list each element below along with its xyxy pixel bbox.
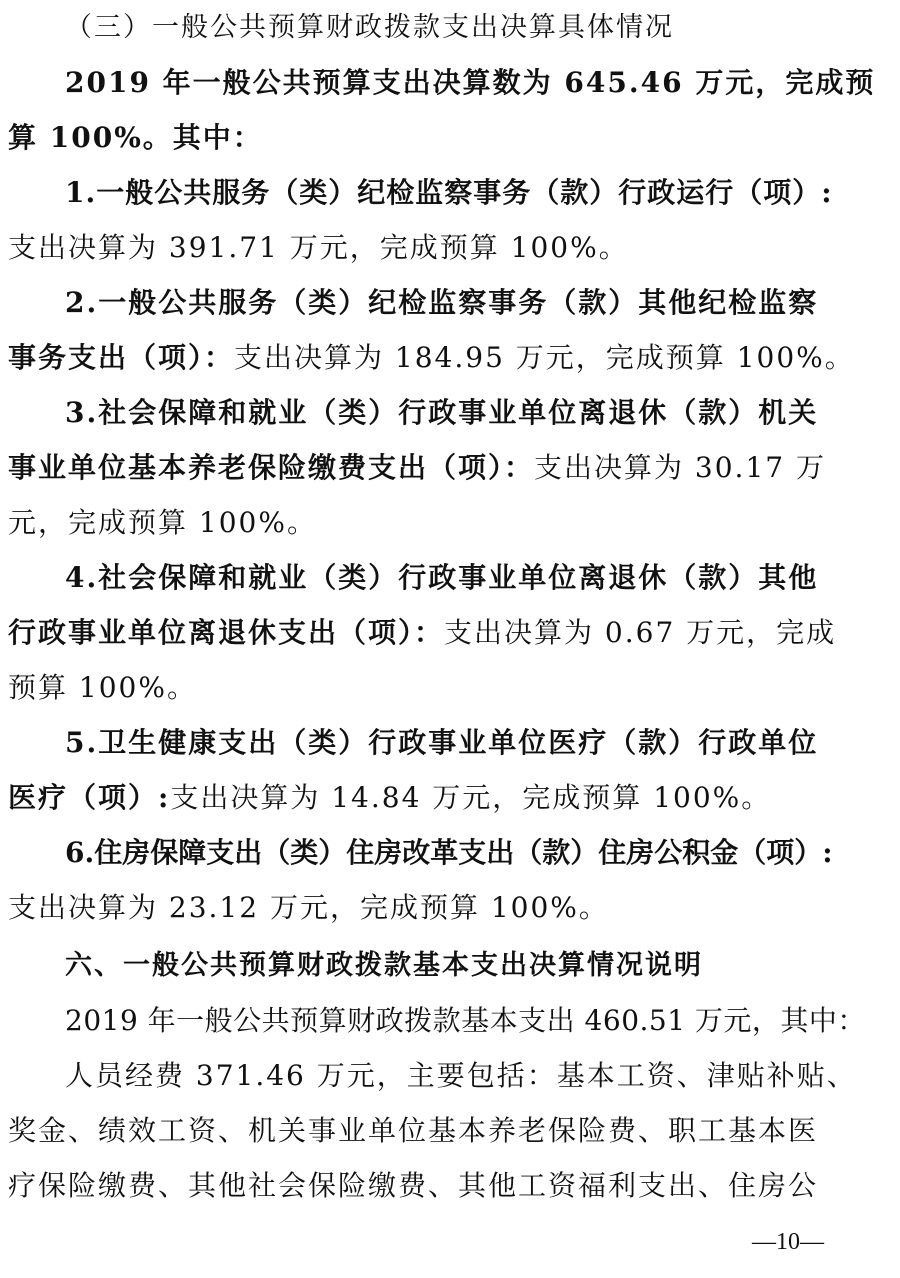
item-3-amount-text: 支出决算为 30.17 万 bbox=[534, 451, 826, 484]
paragraph-summary: 2019 年一般公共预算支出决算数为 645.46 万元，完成预 bbox=[65, 55, 875, 110]
item-4-title: 4.社会保障和就业（类）行政事业单位离退休（款）其他 bbox=[65, 550, 818, 605]
item-4-title-cont: 行政事业单位离退休支出（项）： bbox=[8, 616, 444, 649]
item-6-amount: 支出决算为 23.12 万元，完成预算 100%。 bbox=[8, 880, 609, 935]
item-5-amount: 医疗（项）:支出决算为 14.84 万元，完成预算 100%。 bbox=[8, 770, 771, 825]
item-2-title: 2.一般公共服务（类）纪检监察事务（款）其他纪检监察 bbox=[65, 275, 818, 330]
item-5-amount-text: 支出决算为 14.84 万元，完成预算 100%。 bbox=[170, 781, 771, 814]
item-5-title-cont: 医疗（项）: bbox=[8, 781, 170, 814]
item-3-title: 3.社会保障和就业（类）行政事业单位离退休（款）机关 bbox=[65, 385, 818, 440]
item-2-amount-text: 支出决算为 184.95 万元，完成预算 100%。 bbox=[234, 341, 855, 374]
item-4-amount-text: 支出决算为 0.67 万元，完成 bbox=[444, 616, 836, 649]
item-3-amount-cont: 元，完成预算 100%。 bbox=[8, 495, 317, 550]
personnel-expenses-cont-1: 奖金、绩效工资、机关事业单位基本养老保险费、职工基本医 bbox=[8, 1103, 818, 1158]
item-4-amount-cont: 预算 100%。 bbox=[8, 660, 197, 715]
personnel-expenses-cont-2: 疗保险缴费、其他社会保险缴费、其他工资福利支出、住房公 bbox=[8, 1158, 818, 1213]
personnel-expenses: 人员经费 371.46 万元，主要包括：基本工资、津贴补贴、 bbox=[65, 1048, 857, 1103]
item-1-amount: 支出决算为 391.71 万元，完成预算 100%。 bbox=[8, 220, 629, 275]
item-2-amount: 事务支出（项）：支出决算为 184.95 万元，完成预算 100%。 bbox=[8, 330, 855, 385]
page-number: —10— bbox=[752, 1222, 824, 1262]
item-2-title-cont: 事务支出（项）： bbox=[8, 341, 234, 374]
item-4-amount: 行政事业单位离退休支出（项）：支出决算为 0.67 万元，完成 bbox=[8, 605, 836, 660]
item-3-amount: 事业单位基本养老保险缴费支出（项）：支出决算为 30.17 万 bbox=[8, 440, 826, 495]
item-3-title-cont: 事业单位基本养老保险缴费支出（项）： bbox=[8, 451, 534, 484]
section-heading-6: 六、一般公共预算财政拨款基本支出决算情况说明 bbox=[65, 938, 703, 993]
item-1-title: 1.一般公共服务（类）纪检监察事务（款）行政运行（项）: bbox=[65, 165, 833, 220]
paragraph-summary-cont: 算 100%。其中： bbox=[8, 110, 263, 165]
basic-expenditure-summary: 2019 年一般公共预算财政拨款基本支出 460.51 万元，其中： bbox=[65, 993, 866, 1048]
item-5-title: 5.卫生健康支出（类）行政事业单位医疗（款）行政单位 bbox=[65, 715, 818, 770]
item-6-title: 6.住房保障支出（类）住房改革支出（款）住房公积金（项）: bbox=[65, 825, 833, 880]
section-heading-3: （三）一般公共预算财政拨款支出决算具体情况 bbox=[65, 0, 674, 55]
